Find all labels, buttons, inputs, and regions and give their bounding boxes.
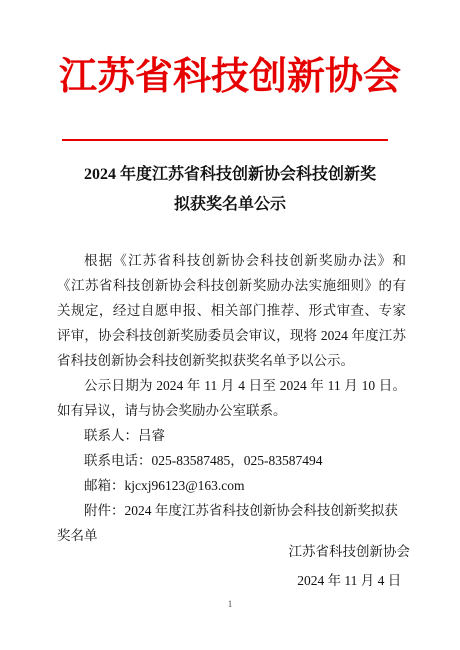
signature-block: 江苏省科技创新协会 2024 年 11 月 4 日 — [289, 537, 411, 595]
document-title: 2024 年度江苏省科技创新协会科技创新奖 拟获奖名单公示 — [20, 160, 440, 220]
paragraph-award-basis: 根据《江苏省科技创新协会科技创新奖励办法》和《江苏省科技创新协会科技创新奖励办法… — [57, 248, 406, 373]
signature-date: 2024 年 11 月 4 日 — [289, 566, 411, 595]
contact-phone-line: 联系电话：025-83587485，025-83587494 — [57, 448, 406, 473]
document-page: 江苏省科技创新协会 2024 年度江苏省科技创新协会科技创新奖 拟获奖名单公示 … — [0, 0, 460, 650]
paragraph-publicity-period: 公示日期为 2024 年 11 月 4 日至 2024 年 11 月 10 日。… — [57, 373, 406, 423]
org-header-title: 江苏省科技创新协会 — [0, 54, 460, 102]
document-body: 根据《江苏省科技创新协会科技创新奖励办法》和《江苏省科技创新协会科技创新奖励办法… — [57, 248, 406, 548]
contact-email-line: 邮箱：kjcxj96123@163.com — [57, 473, 406, 498]
contact-person-line: 联系人：吕睿 — [57, 423, 406, 448]
document-title-line-1: 2024 年度江苏省科技创新协会科技创新奖 — [20, 160, 440, 190]
page-number: 1 — [0, 599, 460, 609]
signature-org-name: 江苏省科技创新协会 — [289, 537, 411, 566]
red-divider-line — [62, 139, 388, 141]
document-title-line-2: 拟获奖名单公示 — [20, 190, 440, 220]
